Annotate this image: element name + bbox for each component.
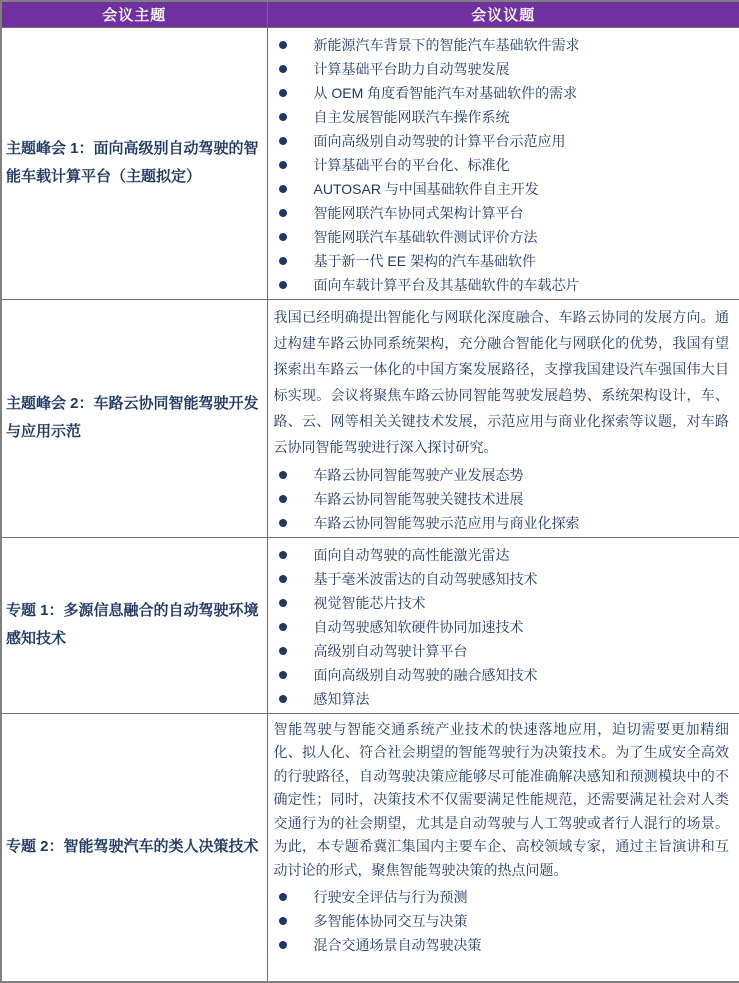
topics-bullet-list: 行驶安全评估与行为预测 多智能体协同交互与决策 混合交通场景自动驾驶决策 [268,882,734,957]
bullet-icon [279,233,287,241]
column-header-topics: 会议议题 [267,1,739,27]
topic-list-item: 视觉智能芯片技术 [268,591,734,615]
topic-text: 智能网联汽车协同式架构计算平台 [287,201,524,225]
topic-text: 面向车载计算平台及其基础软件的车载芯片 [287,273,580,297]
topics-bullet-list: 面向自动驾驶的高性能激光雷达 基于毫米波雷达的自动驾驶感知技术 视觉智能芯片技术… [268,540,734,711]
topic-list-item: 计算基础平台的平台化、标准化 [268,153,734,177]
theme-cell: 专题 2：智能驾驶汽车的类人决策技术 [1,713,267,982]
topic-text: 视觉智能芯片技术 [287,591,426,615]
topic-list-item: 基于新一代 EE 架构的汽车基础软件 [268,249,734,273]
topic-list-item: 智能网联汽车协同式架构计算平台 [268,201,734,225]
bullet-icon [279,281,287,289]
bullet-icon [279,209,287,217]
conference-agenda-table: 会议主题 会议议题 主题峰会 1：面向高级别自动驾驶的智能车载计算平台（主题拟定… [0,0,739,983]
bullet-icon [279,41,287,49]
bullet-icon [279,941,287,949]
topic-text: 车路云协同智能驾驶产业发展态势 [287,463,524,487]
topic-list-item: 车路云协同智能驾驶产业发展态势 [268,463,734,487]
bullet-icon [279,551,287,559]
bullet-icon [279,65,287,73]
topic-text: 面向高级别自动驾驶的融合感知技术 [287,663,538,687]
topics-intro-paragraph: 我国已经明确提出智能化与网联化深度融合、车路云协同的发展方向。通过构建车路云协同… [268,302,734,460]
topic-list-item: 面向高级别自动驾驶的计算平台示范应用 [268,129,734,153]
topic-list-item: 车路云协同智能驾驶关键技术进展 [268,487,734,511]
topic-text: 从 OEM 角度看智能汽车对基础软件的需求 [287,81,578,105]
bullet-icon [279,671,287,679]
topic-text: 基于新一代 EE 架构的汽车基础软件 [287,249,536,273]
bullet-icon [279,185,287,193]
theme-cell: 专题 1：多源信息融合的自动驾驶环境感知技术 [1,537,267,713]
topic-list-item: AUTOSAR 与中国基础软件自主开发 [268,177,734,201]
topic-text: 计算基础平台的平台化、标准化 [287,153,510,177]
bullet-icon [279,89,287,97]
bullet-icon [279,137,287,145]
topic-list-item: 基于毫米波雷达的自动驾驶感知技术 [268,567,734,591]
theme-cell: 主题峰会 2：车路云协同智能驾驶开发与应用示范 [1,299,267,537]
topics-bullet-list: 车路云协同智能驾驶产业发展态势 车路云协同智能驾驶关键技术进展 车路云协同智能驾… [268,460,734,535]
topic-list-item: 自主发展智能网联汽车操作系统 [268,105,734,129]
bullet-icon [279,575,287,583]
bullet-icon [279,161,287,169]
bullet-icon [279,647,287,655]
bullet-icon [279,623,287,631]
topic-list-item: 智能网联汽车基础软件测试评价方法 [268,225,734,249]
bullet-icon [279,917,287,925]
table-row: 主题峰会 1：面向高级别自动驾驶的智能车载计算平台（主题拟定） 新能源汽车背景下… [1,27,739,299]
topic-list-item: 从 OEM 角度看智能汽车对基础软件的需求 [268,81,734,105]
topic-list-item: 多智能体协同交互与决策 [268,909,734,933]
bullet-icon [279,893,287,901]
topic-text: 自动驾驶感知软硬件协同加速技术 [287,615,524,639]
bullet-icon [279,495,287,503]
topics-cell: 新能源汽车背景下的智能汽车基础软件需求 计算基础平台助力自动驾驶发展 从 OEM… [267,27,739,299]
topic-text: 高级别自动驾驶计算平台 [287,639,468,663]
topic-text: 多智能体协同交互与决策 [287,909,468,933]
topic-text: 感知算法 [287,687,370,711]
topic-list-item: 行驶安全评估与行为预测 [268,885,734,909]
topic-list-item: 新能源汽车背景下的智能汽车基础软件需求 [268,33,734,57]
bullet-icon [279,519,287,527]
theme-cell: 主题峰会 1：面向高级别自动驾驶的智能车载计算平台（主题拟定） [1,27,267,299]
column-header-theme: 会议主题 [1,1,267,27]
topic-text: 车路云协同智能驾驶示范应用与商业化探索 [287,511,580,535]
topic-text: 计算基础平台助力自动驾驶发展 [287,57,510,81]
topic-text: 智能网联汽车基础软件测试评价方法 [287,225,538,249]
topic-list-item: 感知算法 [268,687,734,711]
topic-text: AUTOSAR 与中国基础软件自主开发 [287,177,539,201]
topic-text: 面向高级别自动驾驶的计算平台示范应用 [287,129,566,153]
header-row: 会议主题 会议议题 [1,1,739,27]
table-body: 主题峰会 1：面向高级别自动驾驶的智能车载计算平台（主题拟定） 新能源汽车背景下… [1,27,739,982]
topic-text: 基于毫米波雷达的自动驾驶感知技术 [287,567,538,591]
bullet-icon [279,113,287,121]
topic-list-item: 车路云协同智能驾驶示范应用与商业化探索 [268,511,734,535]
bullet-icon [279,599,287,607]
topic-list-item: 面向高级别自动驾驶的融合感知技术 [268,663,734,687]
table-row: 主题峰会 2：车路云协同智能驾驶开发与应用示范 我国已经明确提出智能化与网联化深… [1,299,739,537]
topics-intro-paragraph: 智能驾驶与智能交通系统产业技术的快速落地应用，迫切需要更加精细化、拟人化、符合社… [268,716,734,883]
topic-text: 新能源汽车背景下的智能汽车基础软件需求 [287,33,580,57]
table-row: 专题 1：多源信息融合的自动驾驶环境感知技术 面向自动驾驶的高性能激光雷达 基于… [1,537,739,713]
topic-text: 行驶安全评估与行为预测 [287,885,468,909]
topic-text: 面向自动驾驶的高性能激光雷达 [287,543,510,567]
topics-cell: 智能驾驶与智能交通系统产业技术的快速落地应用，迫切需要更加精细化、拟人化、符合社… [267,713,739,982]
table-row: 专题 2：智能驾驶汽车的类人决策技术 智能驾驶与智能交通系统产业技术的快速落地应… [1,713,739,982]
topic-list-item: 面向车载计算平台及其基础软件的车载芯片 [268,273,734,297]
bullet-icon [279,257,287,265]
topics-cell: 面向自动驾驶的高性能激光雷达 基于毫米波雷达的自动驾驶感知技术 视觉智能芯片技术… [267,537,739,713]
bullet-icon [279,471,287,479]
topic-list-item: 高级别自动驾驶计算平台 [268,639,734,663]
topic-list-item: 计算基础平台助力自动驾驶发展 [268,57,734,81]
topic-list-item: 混合交通场景自动驾驶决策 [268,933,734,957]
topics-bullet-list: 新能源汽车背景下的智能汽车基础软件需求 计算基础平台助力自动驾驶发展 从 OEM… [268,30,734,297]
topic-list-item: 自动驾驶感知软硬件协同加速技术 [268,615,734,639]
topic-text: 混合交通场景自动驾驶决策 [287,933,482,957]
topic-list-item: 面向自动驾驶的高性能激光雷达 [268,543,734,567]
bullet-icon [279,695,287,703]
topic-text: 自主发展智能网联汽车操作系统 [287,105,510,129]
topic-text: 车路云协同智能驾驶关键技术进展 [287,487,524,511]
topics-cell: 我国已经明确提出智能化与网联化深度融合、车路云协同的发展方向。通过构建车路云协同… [267,299,739,537]
